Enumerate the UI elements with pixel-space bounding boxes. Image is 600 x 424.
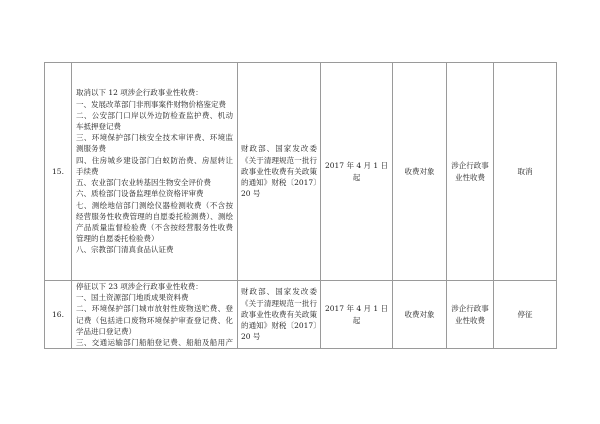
action-cell: 取消 bbox=[494, 63, 557, 281]
fee-table: 15. 取消以下 12 项涉企行政事业性收费： 一、发展改革部门非刑事案件财物价… bbox=[44, 62, 557, 349]
fee-item-line: 四、住房城乡建设部门白蚁防治费、房屋转让手续费 bbox=[76, 155, 233, 177]
fee-item-line: 取消以下 12 项涉企行政事业性收费： bbox=[76, 87, 233, 98]
policy-basis-cell: 财政部、国家发改委《关于清理规范一批行政事业性收费有关政策的通知》财税〔2017… bbox=[238, 63, 321, 281]
effective-date-cell: 2017 年 4 月 1 日起 bbox=[321, 281, 393, 349]
fee-item-line: 二、环境保护部门城市放射性废物送贮费、登记费（包括进口废物环境保护审查登记费、化… bbox=[76, 303, 233, 337]
fee-items-list: 取消以下 12 项涉企行政事业性收费： 一、发展改革部门非刑事案件财物价格鉴定费… bbox=[76, 87, 233, 255]
fee-items-cell: 取消以下 12 项涉企行政事业性收费： 一、发展改革部门非刑事案件财物价格鉴定费… bbox=[72, 63, 238, 281]
payer-cell: 收费对象 bbox=[393, 281, 447, 349]
fee-item-line: 八、宗教部门清真食品认证费 bbox=[76, 244, 233, 255]
fee-item-line: 五、农业部门农业转基因生物安全评价费 bbox=[76, 177, 233, 188]
fee-item-line: 一、国土资源部门地质成果资料费 bbox=[76, 292, 233, 303]
fee-item-line: 七、测绘地信部门测绘仪器检测收费（不含按经营服务性收费管理的自愿委托检测费）、测… bbox=[76, 200, 233, 245]
policy-basis-cell: 财政部、国家发改委《关于清理规范一批行政事业性收费有关政策的通知》财税〔2017… bbox=[238, 281, 321, 349]
category-cell: 涉企行政事业性收费 bbox=[447, 63, 494, 281]
document-page: 15. 取消以下 12 项涉企行政事业性收费： 一、发展改革部门非刑事案件财物价… bbox=[0, 0, 600, 424]
fee-item-line: 停征以下 23 项涉企行政事业性收费： bbox=[76, 281, 233, 292]
fee-item-line: 二、公安部门口岸以外边防检查监护费、机动车抵押登记费 bbox=[76, 110, 233, 132]
row-number: 15. bbox=[45, 63, 72, 281]
action-cell: 停征 bbox=[494, 281, 557, 349]
table-row: 16. 停征以下 23 项涉企行政事业性收费： 一、国土资源部门地质成果资料费 … bbox=[45, 281, 557, 349]
fee-item-line: 六、质检部门设备监理单位资格评审费 bbox=[76, 188, 233, 199]
fee-items-list: 停征以下 23 项涉企行政事业性收费： 一、国土资源部门地质成果资料费 二、环境… bbox=[76, 281, 233, 348]
fee-item-line: 三、环境保护部门核安全技术审评费、环境监测服务费 bbox=[76, 132, 233, 154]
table-row: 15. 取消以下 12 项涉企行政事业性收费： 一、发展改革部门非刑事案件财物价… bbox=[45, 63, 557, 281]
fee-item-line: 三、交通运输部门船舶登记费、船舶及船用产品设 bbox=[76, 337, 233, 348]
row-number: 16. bbox=[45, 281, 72, 349]
fee-items-cell: 停征以下 23 项涉企行政事业性收费： 一、国土资源部门地质成果资料费 二、环境… bbox=[72, 281, 238, 349]
category-cell: 涉企行政事业性收费 bbox=[447, 281, 494, 349]
payer-cell: 收费对象 bbox=[393, 63, 447, 281]
fee-item-line: 一、发展改革部门非刑事案件财物价格鉴定费 bbox=[76, 99, 233, 110]
effective-date-cell: 2017 年 4 月 1 日起 bbox=[321, 63, 393, 281]
